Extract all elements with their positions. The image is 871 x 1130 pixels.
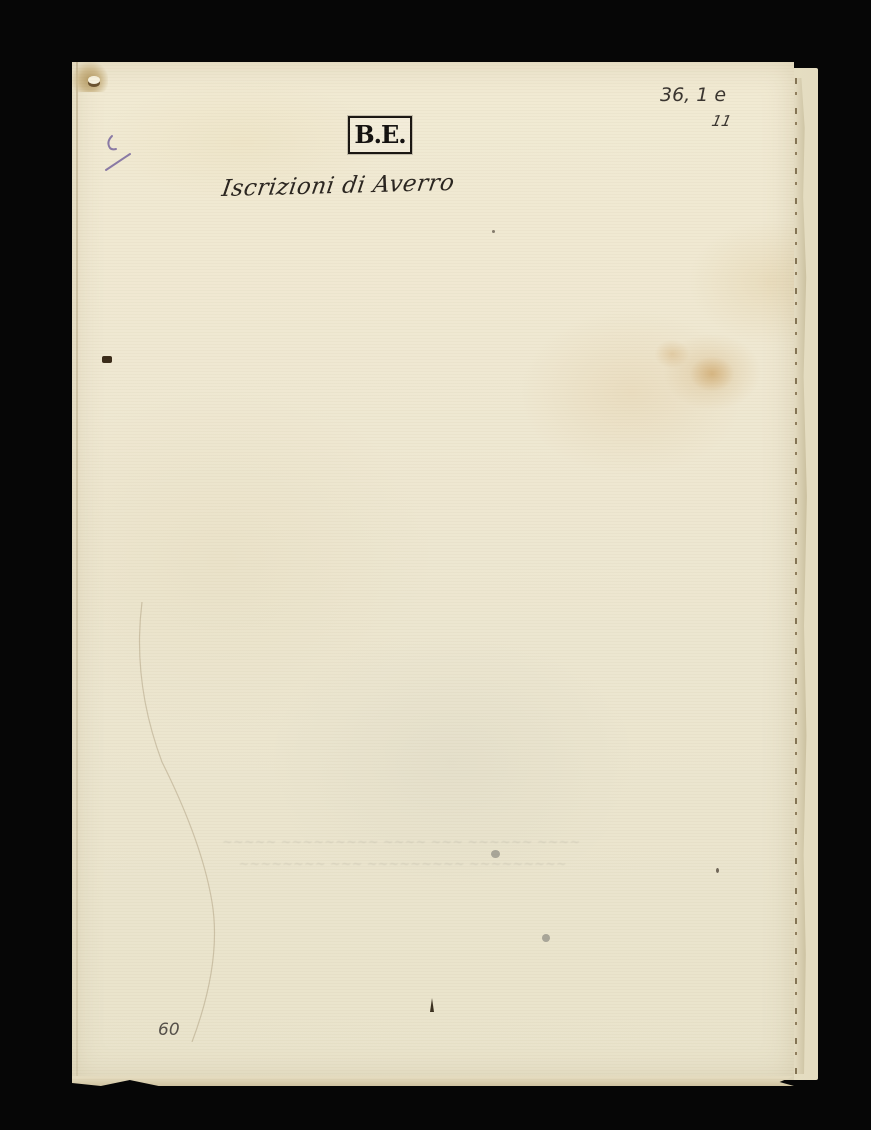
- foxing-spot: [491, 850, 500, 858]
- torn-corner: [72, 62, 108, 92]
- stamp-label: B.E.: [354, 123, 405, 147]
- archive-stamp: B.E.: [348, 116, 412, 154]
- foxing-spot: [716, 868, 719, 873]
- ink-mark: [430, 998, 434, 1012]
- page-bottom-edge: [72, 1076, 794, 1086]
- ink-blot: [102, 356, 112, 363]
- bleed-through-text: ~~~~~ ~~~~~~~~~ ~~~~ ~~~ ~~~~~~ ~~~~ ~~~…: [222, 832, 782, 882]
- shelfmark: 36, 1 e: [660, 84, 726, 106]
- handwritten-title: Iscrizioni di Averro: [220, 170, 456, 202]
- binding-fold: [76, 62, 78, 1080]
- manuscript-page: B.E. Iscrizioni di Averro 36, 1 e 11 ~~~…: [72, 62, 794, 1080]
- folio-number: 60: [158, 1020, 180, 1040]
- foxing-spot: [492, 230, 495, 233]
- shelfmark-sub: 11: [710, 112, 733, 130]
- paper-crease: [112, 602, 242, 1042]
- foxing-spot: [542, 934, 550, 942]
- pencil-mark: [100, 130, 140, 180]
